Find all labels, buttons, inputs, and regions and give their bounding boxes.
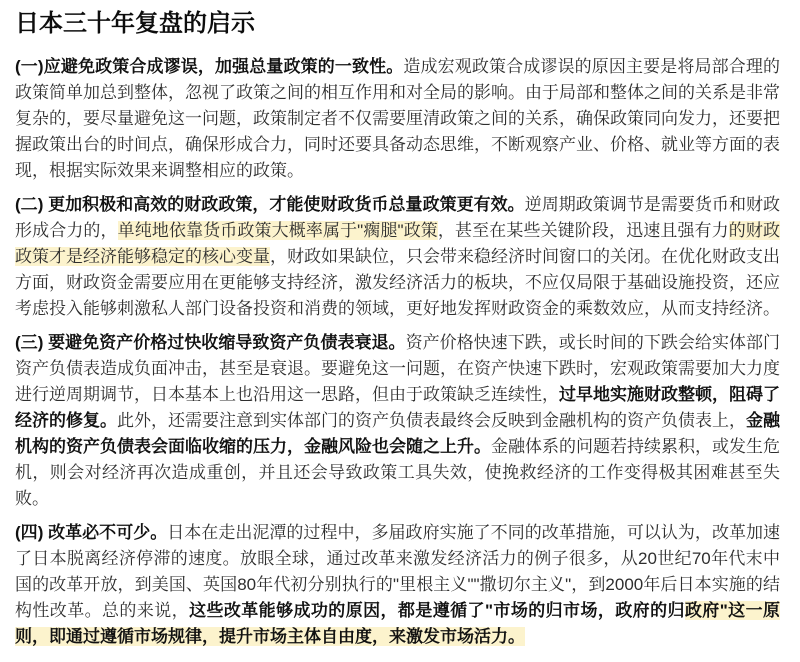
text-run: (二) 更加积极和高效的财政政策，才能使财政货币总量政策更有效。 [15, 195, 525, 214]
paragraph: (一)应避免政策合成谬误，加强总量政策的一致性。造成宏观政策合成谬误的原因主要是… [15, 54, 780, 184]
text-run: ，甚至在某些关键阶段，迅速且强有力 [438, 221, 729, 240]
text-run: (一)应避免政策合成谬误，加强总量政策的一致性。 [15, 57, 403, 76]
text-run: 这些改革能够成功的原因，都是遵循了"市场的归市场，政府的归 [189, 601, 685, 620]
paragraph: (二) 更加积极和高效的财政政策，才能使财政货币总量政策更有效。逆周期政策调节是… [15, 192, 780, 322]
highlighted-text-run: 单纯地依靠货币政策大概率属于"瘸腿"政策 [118, 221, 438, 240]
document-title: 日本三十年复盘的启示 [15, 8, 780, 39]
paragraph: (三) 要避免资产价格过快收缩导致资产负债表衰退。资产价格快速下跌，或长时间的下… [15, 330, 780, 512]
text-run: (三) 要避免资产价格过快收缩导致资产负债表衰退。 [15, 333, 406, 352]
paragraph: (四) 改革必不可少。日本在走出泥潭的过程中，多届政府实施了不同的改革措施，可以… [15, 520, 780, 650]
document-body: (一)应避免政策合成谬误，加强总量政策的一致性。造成宏观政策合成谬误的原因主要是… [15, 54, 780, 650]
text-run: (四) 改革必不可少。 [15, 523, 167, 542]
text-run: 此外，还需要注意到实体部门的资产负债表最终会反映到金融机构的资产负债表上， [117, 411, 746, 430]
document-page: 日本三十年复盘的启示 (一)应避免政策合成谬误，加强总量政策的一致性。造成宏观政… [0, 0, 800, 662]
